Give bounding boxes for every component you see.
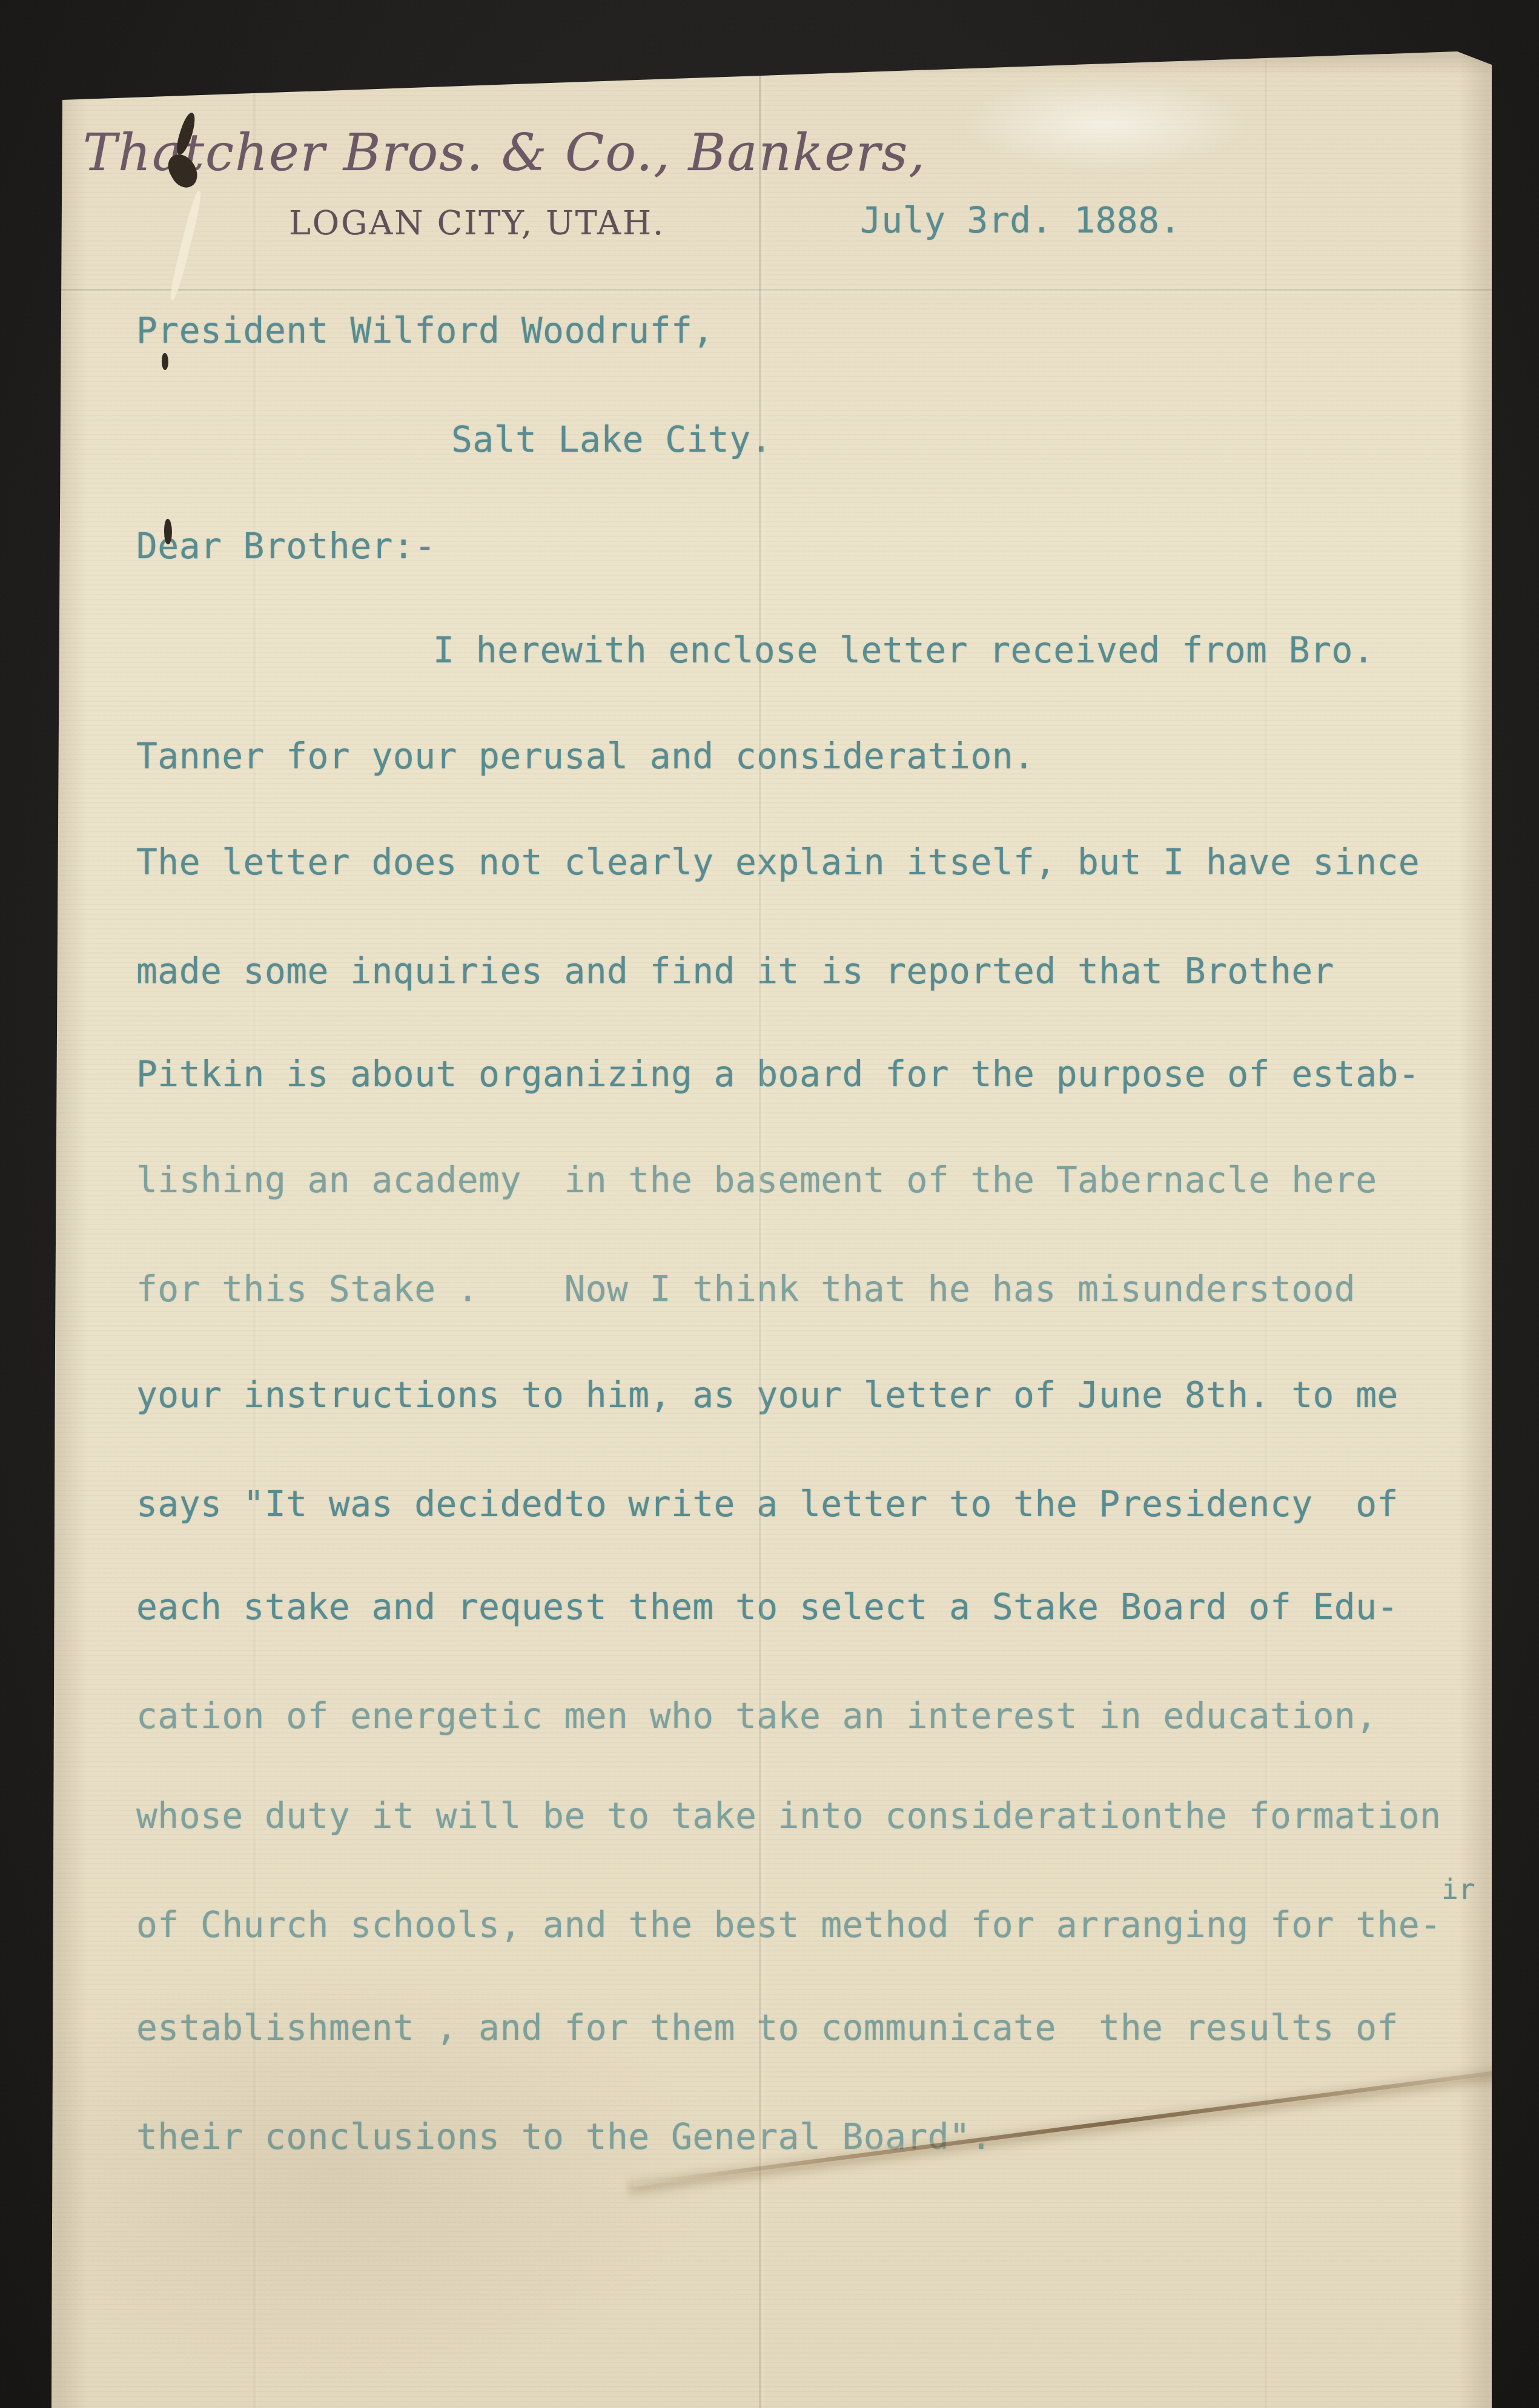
body-line: Pitkin is about organizing a board for t… xyxy=(136,1054,1420,1095)
recipient-line: President Wilford Woodruff, xyxy=(136,310,714,351)
center-fold-line xyxy=(759,51,761,2408)
left-fold-line xyxy=(253,51,256,2408)
ink-spot xyxy=(164,519,172,544)
body-line: made some inquiries and find it is repor… xyxy=(136,951,1334,992)
paper-shading xyxy=(51,51,1492,2408)
recipient-city-line: Salt Lake City. xyxy=(451,419,772,460)
scanned-letter-photo: { "letterhead": { "company": "Thatcher B… xyxy=(0,0,1539,2408)
body-line: for this Stake . Now I think that he has… xyxy=(136,1268,1355,1310)
body-line: your instructions to him, as your letter… xyxy=(136,1374,1398,1416)
right-fold-line xyxy=(1265,51,1267,2408)
ink-spot xyxy=(162,353,168,370)
body-line: each stake and request them to select a … xyxy=(136,1586,1398,1628)
body-line: of Church schools, and the best method f… xyxy=(136,1904,1441,1945)
scratch-mark xyxy=(168,190,204,301)
body-line: lishing an academy in the basement of th… xyxy=(136,1159,1377,1201)
letterhead-location: LOGAN CITY, UTAH. xyxy=(289,204,665,242)
body-line: says "It was decidedto write a letter to… xyxy=(136,1483,1398,1525)
body-line: whose duty it will be to take into consi… xyxy=(136,1795,1441,1836)
body-line: The letter does not clearly explain itse… xyxy=(136,842,1420,883)
body-line: establishment , and for them to communic… xyxy=(136,2007,1398,2048)
letter-paper: Thatcher Bros. & Co., Bankers, LOGAN CIT… xyxy=(51,51,1492,2408)
salutation-line: Dear Brother:- xyxy=(136,526,435,567)
letter-date: July 3rd. 1888. xyxy=(860,200,1181,241)
letterhead-company-name: Thatcher Bros. & Co., Bankers, xyxy=(83,123,926,182)
body-line: I herewith enclose letter received from … xyxy=(433,630,1374,671)
superscript-insertion: ir xyxy=(1441,1873,1475,1905)
body-line: Tanner for your perusal and consideratio… xyxy=(136,736,1034,777)
horizontal-fold-line xyxy=(51,289,1492,291)
body-line: cation of energetic men who take an inte… xyxy=(136,1695,1377,1737)
